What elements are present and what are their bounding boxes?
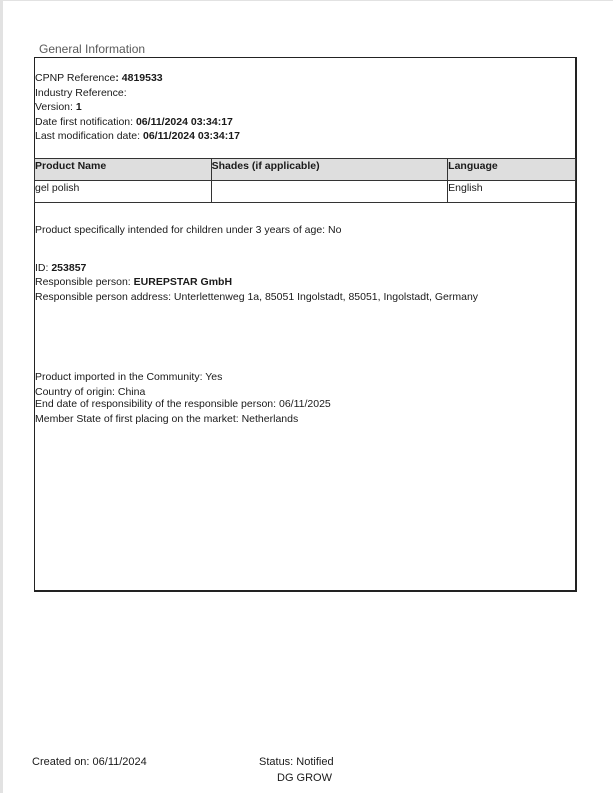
responsible-person-value: EUREPSTAR GmbH (134, 276, 232, 288)
version-value: 1 (76, 101, 82, 113)
date-first-notification: Date first notification: 06/11/2024 03:3… (35, 116, 233, 129)
date-first-notification-value: 06/11/2024 03:34:17 (136, 116, 233, 128)
cell-language: English (448, 181, 576, 203)
cell-shades (211, 181, 448, 203)
imported-in-community: Product imported in the Community: Yes (35, 371, 222, 384)
table-header-row: Product Name Shades (if applicable) Lang… (35, 159, 576, 181)
header-shades: Shades (if applicable) (211, 159, 448, 181)
last-modification-date-value: 06/11/2024 03:34:17 (143, 130, 240, 142)
header-product-name: Product Name (35, 159, 212, 181)
industry-reference: Industry Reference: (35, 87, 127, 100)
cell-product-name: gel polish (35, 181, 212, 203)
responsible-person: Responsible person: EUREPSTAR GmbH (35, 276, 232, 289)
header-language: Language (448, 159, 576, 181)
cpnp-reference: CPNP Reference: 4819533 (35, 72, 163, 85)
products-table: Product Name Shades (if applicable) Lang… (34, 158, 576, 203)
end-date-responsibility: End date of responsibility of the respon… (35, 398, 331, 411)
responsible-id-value: 253857 (51, 262, 86, 274)
status: Status: Notified (259, 756, 334, 768)
dg-grow: DG GROW (277, 772, 332, 784)
created-on: Created on: 06/11/2024 (32, 756, 147, 768)
cpnp-reference-value: : 4819533 (115, 72, 162, 84)
responsible-address: Responsible person address: Unterlettenw… (35, 291, 478, 304)
member-state: Member State of first placing on the mar… (35, 413, 298, 426)
last-modification-date: Last modification date: 06/11/2024 03:34… (35, 130, 240, 143)
version: Version: 1 (35, 101, 82, 114)
responsible-id: ID: 253857 (35, 262, 86, 275)
children-under-3: Product specifically intended for childr… (35, 224, 341, 237)
section-title: General Information (39, 42, 145, 56)
table-row: gel polish English (35, 181, 576, 203)
